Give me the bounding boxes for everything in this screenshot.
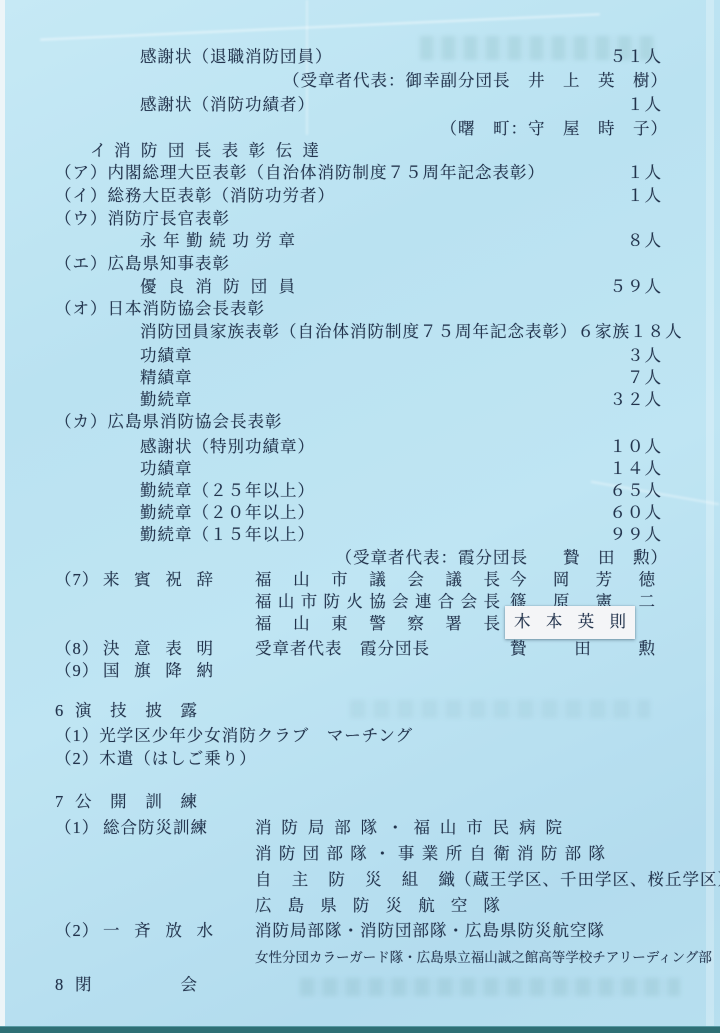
award-line: 感謝状（退職消防団員） ５１人 xyxy=(140,47,662,67)
guest-name-sticker: 木本英則 xyxy=(505,606,635,639)
award-count: １０人 xyxy=(610,437,663,457)
drill-item: （2）一斉放水 xyxy=(55,921,213,941)
program-item-flag-lowering: （9）国旗降納 xyxy=(55,661,213,681)
award-label: 勤続章（２５年以上） xyxy=(140,481,315,501)
award-label: 勤続章（２０年以上） xyxy=(140,503,315,523)
drill-unit: 自主防災組織（蔵王学区、千田学区、桜丘学区） xyxy=(255,870,720,890)
award-line: 感謝状（特別功績章） １０人 xyxy=(140,437,662,457)
award-line: 永年勤続功労章 ８人 xyxy=(140,231,662,251)
award-count: １人 xyxy=(627,95,662,115)
award-label: 感謝状（消防功績者） xyxy=(140,95,315,115)
drill-unit: 女性分団カラーガード隊・広島県立福山誠之館高等学校チアリーディング部 xyxy=(255,948,712,968)
award-line: 功績章 １４人 xyxy=(140,459,662,479)
award-label: 永年勤続功労章 xyxy=(140,231,295,251)
award-count: １人 xyxy=(627,186,662,206)
award-line: 勤続章 ３２人 xyxy=(140,390,662,410)
performance-item: （1）光学区少年少女消防クラブ マーチング xyxy=(55,726,413,746)
award-label: 消防団員家族表彰（自治体消防制度７５周年記念表彰） xyxy=(140,322,578,342)
organization-detail: （蔵王学区、千田学区、桜丘学区） xyxy=(455,870,720,889)
award-count: ９９人 xyxy=(610,525,663,545)
award-label: 優良消防団員 xyxy=(140,277,295,297)
award-category: （カ）広島県消防協会長表彰 xyxy=(55,412,283,432)
organization-name: 自主防災組織 xyxy=(255,870,455,890)
item-title: 国旗降納 xyxy=(103,661,213,681)
ink-showthrough xyxy=(300,978,680,996)
section-heading-closing: 8閉会 xyxy=(55,975,197,995)
guest-role: 福山市防火協会連合会長 xyxy=(255,592,500,612)
section-number: 7 xyxy=(55,792,75,812)
item-number: （2） xyxy=(55,921,103,941)
section-heading-performances: 6演技披露 xyxy=(55,701,197,721)
award-count: ６０人 xyxy=(610,503,663,523)
resolution-role: 受章者代表 霞分団長 xyxy=(255,639,430,659)
award-line: 勤続章（２０年以上） ６０人 xyxy=(140,503,662,523)
scan-edge-bottom xyxy=(0,1026,720,1033)
section-heading-public-drills: 7公開訓練 xyxy=(55,792,197,812)
award-label: 勤続章（１５年以上） xyxy=(140,525,315,545)
drill-unit: 消防局部隊・福山市民病院 xyxy=(255,818,562,838)
drill-unit: 広島県防災航空隊 xyxy=(255,896,500,916)
drill-unit: 消防局部隊・消防団部隊・広島県防災航空隊 xyxy=(255,921,605,941)
award-count: ５９人 xyxy=(610,277,663,297)
award-category: （オ）日本消防協会長表彰 xyxy=(55,299,265,319)
section-title: 演技披露 xyxy=(75,701,197,721)
item-number: （1） xyxy=(55,818,103,838)
item-number: （7） xyxy=(55,570,103,590)
award-category: （エ）広島県知事表彰 xyxy=(55,254,230,274)
section-title: 閉会 xyxy=(75,975,197,995)
subsection-heading: イ消防団長表彰伝達 xyxy=(90,141,319,161)
award-count: １４人 xyxy=(610,459,663,479)
award-label: （イ）総務大臣表彰（消防功労者） xyxy=(55,186,335,206)
ink-showthrough xyxy=(350,700,650,718)
scanned-document-page: 感謝状（退職消防団員） ５１人 （受章者代表：御幸副分団長 井 上 英 樹） 感… xyxy=(0,0,720,1033)
guest-name: 木本英則 xyxy=(514,612,626,632)
award-count: ３人 xyxy=(627,346,662,366)
item-number: （9） xyxy=(55,661,103,681)
subsection-title: 消防団長表彰伝達 xyxy=(114,141,319,161)
subsection-number: イ xyxy=(90,141,114,161)
award-count: ６５人 xyxy=(610,481,663,501)
guest-role: 福山市議会議長 xyxy=(255,570,500,590)
program-item-guest-speeches: （7）来賓祝辞 xyxy=(55,570,213,590)
item-title: 決意表明 xyxy=(103,639,213,659)
guest-role: 福山東警察署長 xyxy=(255,614,500,634)
recipient-representative-note: （受章者代表：御幸副分団長 井 上 英 樹） xyxy=(0,71,668,91)
recipient-representative-note: （受章者代表：霞分団長 贄 田 勲） xyxy=(0,548,668,568)
resolution-name: 贄田勲 xyxy=(510,639,655,659)
award-count: ６家族１８人 xyxy=(578,322,683,342)
drill-item: （1）総合防災訓練 xyxy=(55,818,208,838)
item-number: （8） xyxy=(55,639,103,659)
award-line: （ア）内閣総理大臣表彰（自治体消防制度７５周年記念表彰） １人 xyxy=(55,163,662,183)
award-label: 功績章 xyxy=(140,346,193,366)
award-label: 感謝状（特別功績章） xyxy=(140,437,315,457)
section-title: 公開訓練 xyxy=(75,792,197,812)
award-count: ３２人 xyxy=(610,390,663,410)
award-label: （ア）内閣総理大臣表彰（自治体消防制度７５周年記念表彰） xyxy=(55,163,545,183)
award-line: 勤続章（１５年以上） ９９人 xyxy=(140,525,662,545)
scan-edge-left xyxy=(0,0,5,1033)
award-line: 消防団員家族表彰（自治体消防制度７５周年記念表彰） ６家族１８人 xyxy=(140,322,662,342)
performance-item: （2）木遣（はしご乗り） xyxy=(55,749,257,769)
award-line: 優良消防団員 ５９人 xyxy=(140,277,662,297)
award-count: ８人 xyxy=(627,231,662,251)
item-title: 一斉放水 xyxy=(103,921,213,941)
award-label: 精績章 xyxy=(140,368,193,388)
award-label: 功績章 xyxy=(140,459,193,479)
program-item-resolution: （8）決意表明 xyxy=(55,639,213,659)
award-count: １人 xyxy=(627,163,662,183)
recipient-note: （曙 町：守 屋 時 子） xyxy=(0,119,668,139)
section-number: 8 xyxy=(55,975,75,995)
award-count: ７人 xyxy=(627,368,662,388)
section-number: 6 xyxy=(55,701,75,721)
award-line: （イ）総務大臣表彰（消防功労者） １人 xyxy=(55,186,662,206)
item-title: 来賓祝辞 xyxy=(103,570,213,590)
award-count: ５１人 xyxy=(610,47,663,67)
guest-name: 今岡芳徳 xyxy=(510,570,655,590)
award-line: 感謝状（消防功績者） １人 xyxy=(140,95,662,115)
item-title: 総合防災訓練 xyxy=(103,818,208,837)
award-category: （ウ）消防庁長官表彰 xyxy=(55,209,230,229)
award-line: 勤続章（２５年以上） ６５人 xyxy=(140,481,662,501)
award-line: 功績章 ３人 xyxy=(140,346,662,366)
award-line: 精績章 ７人 xyxy=(140,368,662,388)
drill-unit: 消防団部隊・事業所自衛消防部隊 xyxy=(255,844,605,864)
award-label: 感謝状（退職消防団員） xyxy=(140,47,333,67)
award-label: 勤続章 xyxy=(140,390,193,410)
